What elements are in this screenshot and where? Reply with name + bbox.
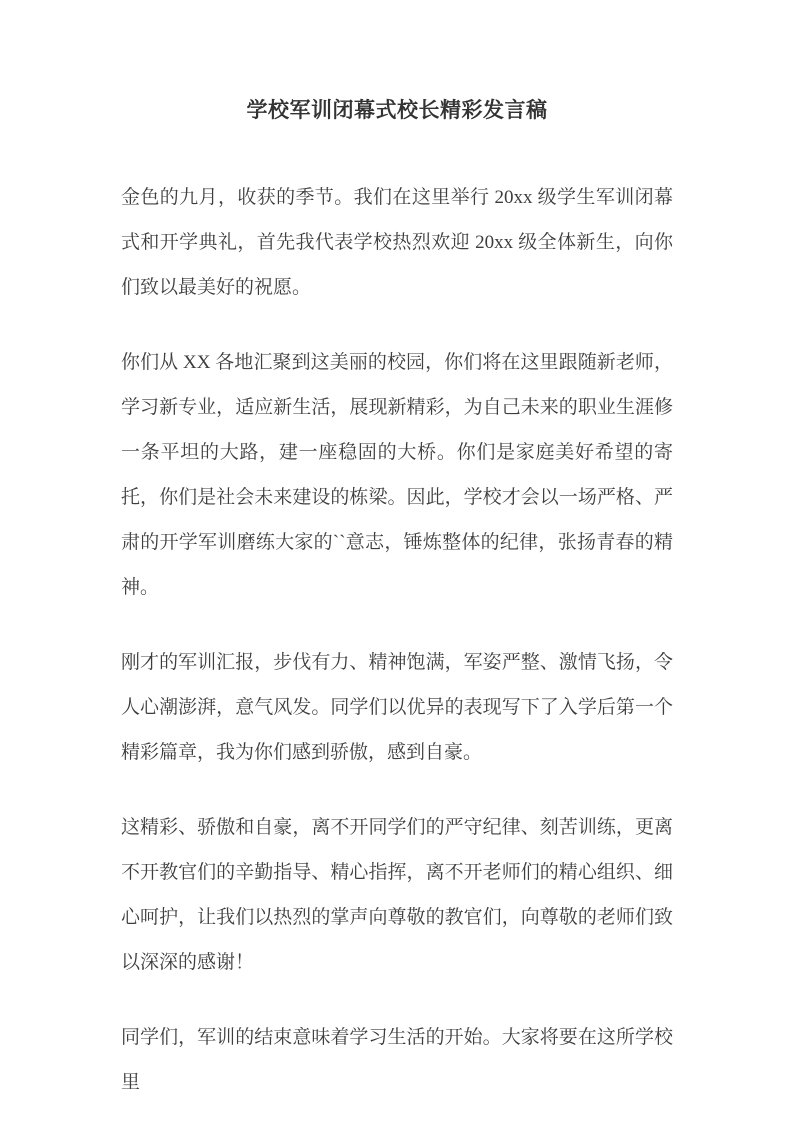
paragraph-opening: 金色的九月，收获的季节。我们在这里举行 20xx 级学生军训闭幕式和开学典礼，首… <box>121 175 673 310</box>
paragraph-thanks: 这精彩、骄傲和自豪，离不开同学们的严守纪律、刻苦训练，更离不开教官们的辛勤指导、… <box>121 805 673 985</box>
paragraph-report-praise: 刚才的军训汇报，步伐有力、精神饱满，军姿严整、激情飞扬，令人心潮澎湃，意气风发。… <box>121 640 673 775</box>
paragraph-welcome: 你们从 XX 各地汇聚到这美丽的校园，你们将在这里跟随新老师，学习新专业，适应新… <box>121 340 673 610</box>
document-page: 学校军训闭幕式校长精彩发言稿 金色的九月，收获的季节。我们在这里举行 20xx … <box>0 0 793 1122</box>
document-title: 学校军训闭幕式校长精彩发言稿 <box>121 95 673 125</box>
paragraph-closing: 同学们，军训的结束意味着学习生活的开始。大家将要在这所学校里 <box>121 1015 673 1105</box>
document-content: 学校军训闭幕式校长精彩发言稿 金色的九月，收获的季节。我们在这里举行 20xx … <box>0 0 793 1105</box>
